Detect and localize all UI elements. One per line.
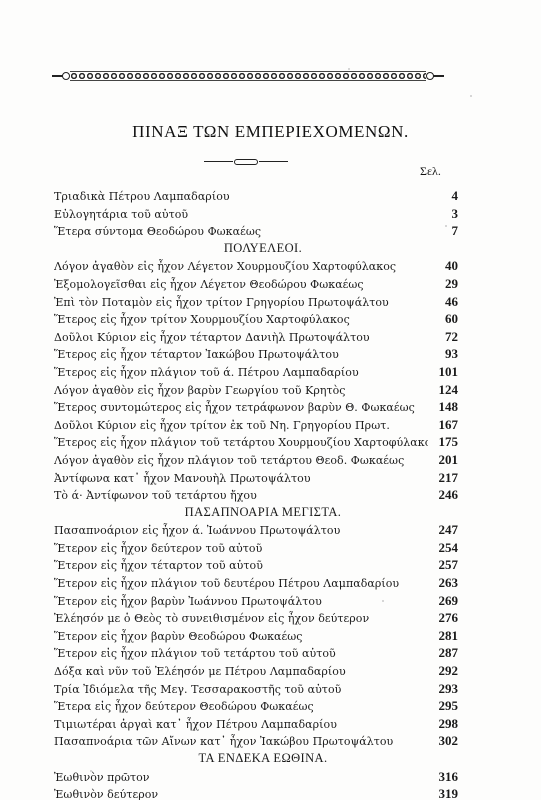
toc-entry-title: Ἕτερος συντομώτερος εἰς ἦχον τετράφωνον … — [54, 399, 415, 417]
toc-entry-title: Ἕτερον εἰς ἦχον δεύτερον τοῦ αὐτοῦ — [54, 540, 262, 558]
rule-knot-ornament-icon — [234, 159, 258, 165]
toc-entry: Ἐωθινὸν πρῶτον316 — [54, 768, 458, 786]
toc-entry-title: Ἕτερον εἰς ἦχον πλάγιον τοῦ δευτέρου Πέτ… — [54, 575, 399, 593]
scan-speck — [382, 600, 384, 602]
toc-entry-title: Τριαδικὰ Πέτρου Λαμπαδαρίου — [54, 188, 230, 206]
section-heading-polyeleoi: ΠΟΛΥΕΛΕΟΙ. — [54, 240, 458, 258]
toc-entry-title: Ἀντίφωνα κατ᾽ ἦχον Μανουὴλ Πρωτοψάλτου — [54, 470, 311, 488]
border-left-finial-icon — [52, 75, 66, 77]
toc-entry: Εὐλογητάρια τοῦ αὐτοῦ 3 — [54, 205, 458, 223]
toc-entry-title: Δοῦλοι Κύριον εἰς ἦχον τέταρτον Δανιὴλ Π… — [54, 329, 370, 347]
ornamental-top-border — [52, 71, 444, 81]
toc-entry: Τὸ ά· Ἀντίφωνον τοῦ τετάρτου ἤχου246 — [54, 486, 458, 504]
toc-entry-title: Τιμιωτέραι ἀργαὶ κατ᾽ ἦχον Πέτρου Λαμπαδ… — [54, 716, 337, 734]
toc-entry-title: Πασαπνοάριον εἰς ἦχον ά. Ἰωάννου Πρωτοψά… — [54, 522, 340, 540]
toc-entry: Τριαδικὰ Πέτρου Λαμπαδαρίου 4 — [54, 187, 458, 205]
toc-entry: Τρία Ἰδιόμελα τῆς Μεγ. Τεσσαρακοστῆς τοῦ… — [54, 680, 458, 698]
toc-entry-title: Ἐλέησόν με ὁ Θεὸς τὸ συνειθισμένον εἰς ἦ… — [54, 610, 369, 628]
toc-entry-page: 29 — [428, 275, 458, 293]
toc-entry-page: 175 — [428, 433, 458, 451]
toc-entry-page: 201 — [428, 451, 458, 469]
toc-entry-page: 124 — [428, 381, 458, 399]
toc-entry: Ἕτερον εἰς ἦχον τέταρτον τοῦ αὐτοῦ257 — [54, 556, 458, 574]
toc-entry-page: 72 — [428, 328, 458, 346]
toc-entry: Ἕτερον εἰς ἦχον βαρὺν Ἰωάννου Πρωτοψάλτο… — [54, 592, 458, 610]
toc-entry-page: 293 — [428, 680, 458, 698]
scan-speck — [445, 225, 447, 227]
toc-entry-page: 46 — [428, 293, 458, 311]
page-column-header: Σελ. — [420, 164, 441, 179]
rule-line-right — [259, 161, 288, 162]
toc-entry-title: Πασαπνοάρια τῶν Αἴνων κατ᾽ ἦχον Ἰακώβου … — [54, 733, 393, 751]
toc-entry: Ἕτερον εἰς ἦχον δεύτερον τοῦ αὐτοῦ254 — [54, 539, 458, 557]
toc-entry: Ἕτερος εἰς ἦχον τέταρτον Ἰακώβου Πρωτοψά… — [54, 345, 458, 363]
toc-entry: Ἕτερος εἰς ἦχον πλάγιον τοῦ τετάρτου Χου… — [54, 433, 458, 451]
ornamental-title-rule — [204, 160, 288, 163]
toc-entry-page: 7 — [428, 222, 458, 240]
toc-entry-title: Ἕτερος εἰς ἦχον πλάγιον τοῦ τετάρτου Χου… — [54, 434, 428, 452]
toc-entry-page: 93 — [428, 345, 458, 363]
toc-entry: Δοῦλοι Κύριον εἰς ἦχον τρίτον ἐκ τοῦ Νη.… — [54, 416, 458, 434]
toc-entry-title: Ἐπὶ τὸν Ποταμὸν εἰς ἦχον τρίτον Γρηγορίο… — [54, 294, 389, 312]
toc-entry: Ἕτερος συντομώτερος εἰς ἦχον τετράφωνον … — [54, 398, 458, 416]
toc-entry-page: 101 — [428, 363, 458, 381]
toc-entry: Λόγον ἀγαθὸν εἰς ἦχον πλάγιον τοῦ τετάρτ… — [54, 451, 458, 469]
toc-entry: Ἕτερα σύντομα Θεοδώρου Φωκαέως 7 — [54, 222, 458, 240]
toc-entry-page: 40 — [428, 257, 458, 275]
toc-entry: Λόγον ἀγαθὸν εἰς ἦχον βαρὺν Γεωργίου τοῦ… — [54, 381, 458, 399]
toc-entry-page: 316 — [428, 768, 458, 786]
toc-entry-title: Τρία Ἰδιόμελα τῆς Μεγ. Τεσσαρακοστῆς τοῦ… — [54, 681, 341, 699]
toc-entry-page: 148 — [428, 398, 458, 416]
toc-entry: Ἐωθινὸν δεύτερον319 — [54, 785, 458, 800]
toc-entry-title: Δόξα καὶ νῦν τοῦ Ἐλέησόν με Πέτρου Λαμπα… — [54, 663, 346, 681]
toc-entry-page: 254 — [428, 539, 458, 557]
toc-entry-title: Ἕτερον εἰς ἦχον τέταρτον τοῦ αὐτοῦ — [54, 557, 263, 575]
toc-entry-title: Ἕτερα σύντομα Θεοδώρου Φωκαέως — [54, 223, 261, 241]
toc-entry-title: Τὸ ά· Ἀντίφωνον τοῦ τετάρτου ἤχου — [54, 487, 257, 505]
scan-speck — [90, 770, 92, 772]
toc-entry-page: 269 — [428, 592, 458, 610]
toc-entry-page: 4 — [428, 187, 458, 205]
toc-entry-page: 295 — [428, 697, 458, 715]
toc-entry-title: Ἕτερον εἰς ἦχον βαρὺν Θεοδώρου Φωκαέως — [54, 628, 303, 646]
toc-entry-title: Ἕτερα εἰς ἦχον δεύτερον Θεοδώρου Φωκαέως — [54, 698, 314, 716]
toc-entry: Λόγον ἀγαθὸν εἰς ἦχον Λέγετον Χουρμουζίο… — [54, 257, 458, 275]
toc-entry-page: 257 — [428, 556, 458, 574]
toc-entry-page: 319 — [428, 785, 458, 800]
toc-entry-title: Ἕτερος εἰς ἦχον τρίτον Χουρμουζίου Χαρτο… — [54, 311, 350, 329]
book-page: ΠΙΝΑΞ ΤΩΝ ΕΜΠΕΡΙΕΧΟΜΕΝΩΝ. Σελ. Τριαδικὰ … — [0, 0, 541, 800]
toc-entry-title: Λόγον ἀγαθὸν εἰς ἦχον βαρὺν Γεωργίου τοῦ… — [54, 382, 346, 400]
toc-entry: Ἕτερος εἰς ἦχον τρίτον Χουρμουζίου Χαρτο… — [54, 310, 458, 328]
page-title: ΠΙΝΑΞ ΤΩΝ ΕΜΠΕΡΙΕΧΟΜΕΝΩΝ. — [0, 122, 541, 142]
toc-entry-title: Ἐωθινὸν πρῶτον — [54, 769, 150, 787]
toc-entry-page: 292 — [428, 662, 458, 680]
toc-entry-title: Ἐωθινὸν δεύτερον — [54, 786, 158, 800]
toc-entry-page: 60 — [428, 310, 458, 328]
table-of-contents: Τριαδικὰ Πέτρου Λαμπαδαρίου 4 Εὐλογητάρι… — [54, 187, 458, 800]
toc-entry-page: 281 — [428, 627, 458, 645]
toc-entry: Δόξα καὶ νῦν τοῦ Ἐλέησόν με Πέτρου Λαμπα… — [54, 662, 458, 680]
section-heading-eothina: ΤΑ ΕΝΔΕΚΑ ΕΩΘΙΝΑ. — [54, 750, 458, 768]
toc-entry-page: 298 — [428, 715, 458, 733]
toc-entry-title: Εὐλογητάρια τοῦ αὐτοῦ — [54, 206, 188, 224]
scan-speck — [470, 95, 472, 97]
toc-entry-page: 263 — [428, 574, 458, 592]
toc-entry: Ἕτερος εἰς ἦχον πλάγιον τοῦ ά. Πέτρου Λα… — [54, 363, 458, 381]
toc-entry-title: Λόγον ἀγαθὸν εἰς ἦχον Λέγετον Χουρμουζίο… — [54, 258, 396, 276]
toc-entry: Ἐξομολογεῖσθαι εἰς ἦχον Λέγετον Θεοδώρου… — [54, 275, 458, 293]
toc-entry: Ἕτερον εἰς ἦχον πλάγιον τοῦ δευτέρου Πέτ… — [54, 574, 458, 592]
toc-entry-page: 3 — [428, 205, 458, 223]
border-chain-pattern — [70, 71, 426, 81]
toc-entry: Ἕτερον εἰς ἦχον βαρὺν Θεοδώρου Φωκαέως28… — [54, 627, 458, 645]
toc-entry-title: Ἕτερον εἰς ἦχον πλάγιον τοῦ τετάρτου τοῦ… — [54, 645, 336, 663]
toc-entry: Ἕτερα εἰς ἦχον δεύτερον Θεοδώρου Φωκαέως… — [54, 697, 458, 715]
toc-entry: Ἀντίφωνα κατ᾽ ἦχον Μανουὴλ Πρωτοψάλτου21… — [54, 469, 458, 487]
section-heading-pasapnoaria: ΠΑΣΑΠΝΟΑΡΙΑ ΜΕΓΙΣΤΑ. — [54, 504, 458, 522]
toc-entry-title: Ἕτερον εἰς ἦχον βαρὺν Ἰωάννου Πρωτοψάλτο… — [54, 593, 322, 611]
toc-entry: Ἕτερον εἰς ἦχον πλάγιον τοῦ τετάρτου τοῦ… — [54, 644, 458, 662]
border-right-finial-icon — [430, 75, 444, 77]
toc-entry-title: Ἕτερος εἰς ἦχον τέταρτον Ἰακώβου Πρωτοψά… — [54, 346, 339, 364]
toc-entry: Πασαπνοάριον εἰς ἦχον ά. Ἰωάννου Πρωτοψά… — [54, 521, 458, 539]
toc-entry: Ἐλέησόν με ὁ Θεὸς τὸ συνειθισμένον εἰς ἦ… — [54, 609, 458, 627]
toc-entry-title: Δοῦλοι Κύριον εἰς ἦχον τρίτον ἐκ τοῦ Νη.… — [54, 417, 390, 435]
toc-entry-title: Ἐξομολογεῖσθαι εἰς ἦχον Λέγετον Θεοδώρου… — [54, 276, 364, 294]
rule-line-left — [204, 161, 233, 162]
toc-entry-title: Λόγον ἀγαθὸν εἰς ἦχον πλάγιον τοῦ τετάρτ… — [54, 452, 404, 470]
toc-entry-page: 302 — [428, 732, 458, 750]
toc-entry-page: 167 — [428, 416, 458, 434]
scan-speck — [348, 68, 350, 70]
toc-entry: Ἐπὶ τὸν Ποταμὸν εἰς ἦχον τρίτον Γρηγορίο… — [54, 293, 458, 311]
toc-entry-title: Ἕτερος εἰς ἦχον πλάγιον τοῦ ά. Πέτρου Λα… — [54, 364, 359, 382]
toc-entry: Δοῦλοι Κύριον εἰς ἦχον τέταρτον Δανιὴλ Π… — [54, 328, 458, 346]
toc-entry-page: 276 — [428, 609, 458, 627]
toc-entry: Τιμιωτέραι ἀργαὶ κατ᾽ ἦχον Πέτρου Λαμπαδ… — [54, 715, 458, 733]
toc-entry-page: 287 — [428, 644, 458, 662]
toc-entry-page: 217 — [428, 469, 458, 487]
toc-entry-page: 246 — [428, 486, 458, 504]
toc-entry-page: 247 — [428, 521, 458, 539]
toc-entry: Πασαπνοάρια τῶν Αἴνων κατ᾽ ἦχον Ἰακώβου … — [54, 732, 458, 750]
